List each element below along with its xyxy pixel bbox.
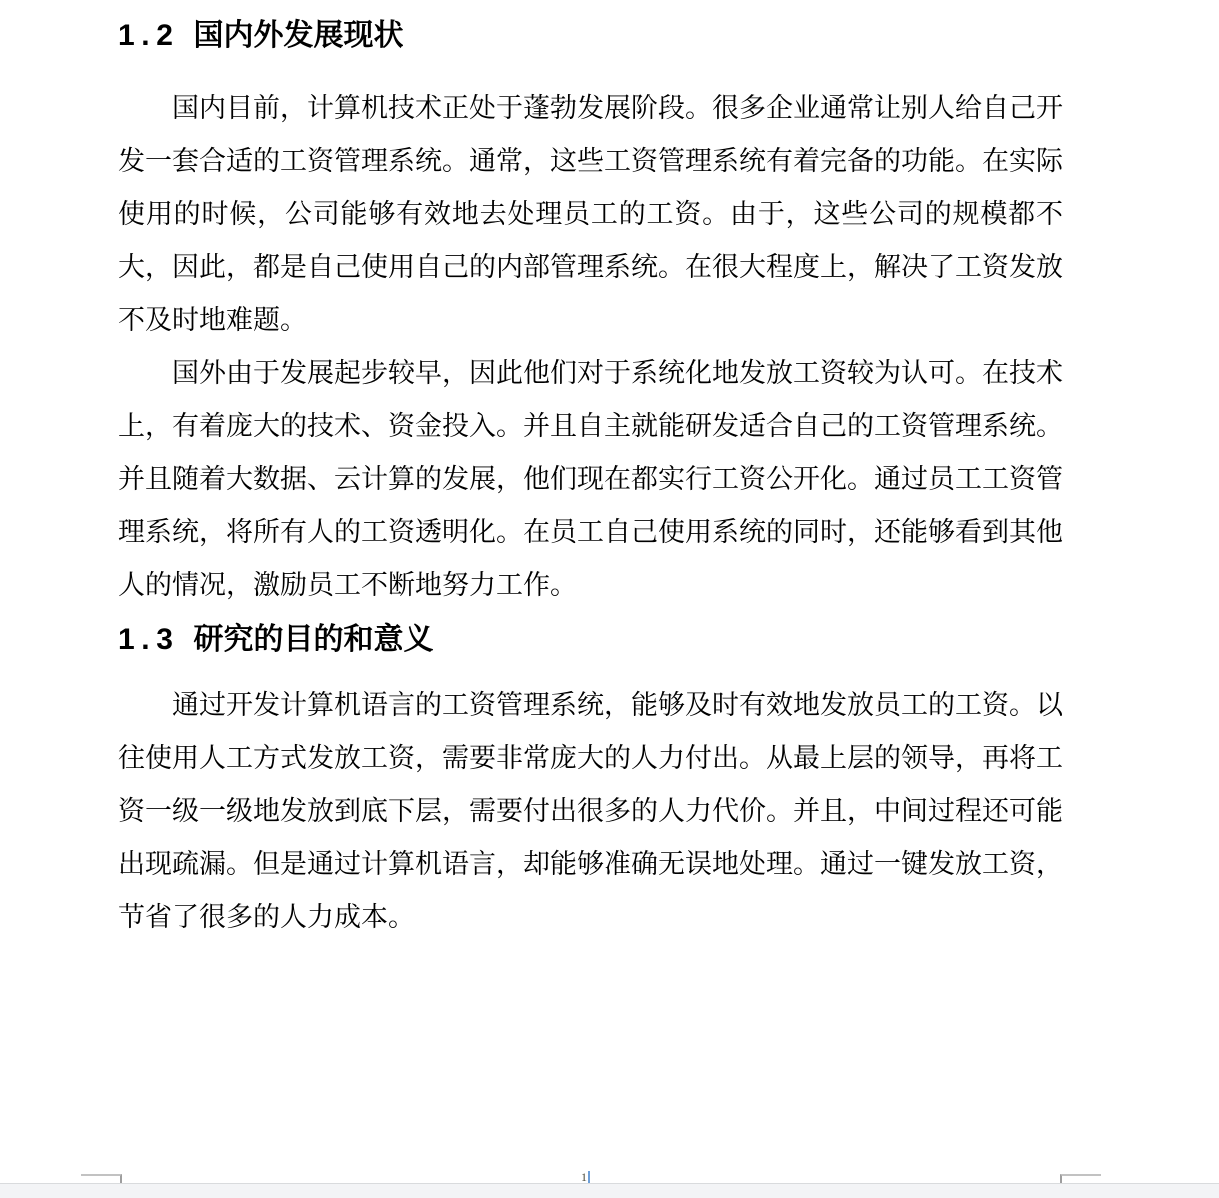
heading-1-2-number: 1.2: [118, 19, 180, 52]
heading-1-3-number: 1.3: [118, 623, 180, 656]
page-gap: [0, 1183, 1219, 1198]
paragraph-foreign-status: 国外由于发展起步较早，因此他们对于系统化地发放工资较为认可。在技术上，有着庞大的…: [118, 347, 1063, 612]
heading-1-3: 1.3研究的目的和意义: [118, 620, 1063, 660]
paragraph-domestic-status: 国内目前，计算机技术正处于蓬勃发展阶段。很多企业通常让别人给自己开发一套合适的工…: [118, 82, 1063, 347]
heading-1-2-title: 国内外发展现状: [194, 19, 404, 52]
text-column: 1.2国内外发展现状 国内目前，计算机技术正处于蓬勃发展阶段。很多企业通常让别人…: [118, 0, 1063, 944]
document-page[interactable]: 1.2国内外发展现状 国内目前，计算机技术正处于蓬勃发展阶段。很多企业通常让别人…: [0, 0, 1219, 1198]
paragraph-purpose-significance: 通过开发计算机语言的工资管理系统，能够及时有效地发放员工的工资。以往使用人工方式…: [118, 679, 1063, 944]
heading-1-3-title: 研究的目的和意义: [194, 623, 434, 656]
heading-1-2: 1.2国内外发展现状: [118, 16, 1063, 56]
